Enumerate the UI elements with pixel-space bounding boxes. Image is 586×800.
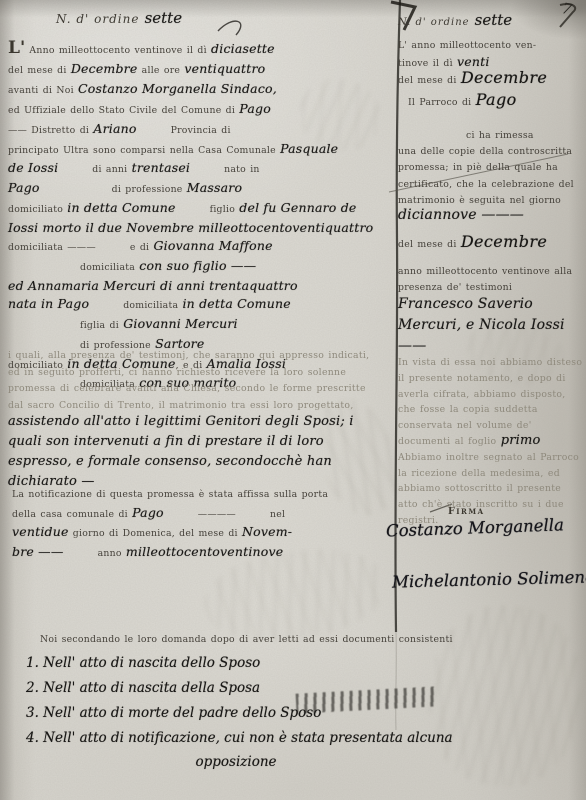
printed-text: di professione (112, 184, 187, 195)
printed-text: del mese di (398, 239, 461, 250)
handwritten-text: ed Annamaria Mercuri di anni trentaquatt… (8, 278, 298, 293)
handwritten-text: nata in Pago (8, 296, 89, 311)
document-list-item: 4. Nell' atto di notificazione, cui non … (26, 729, 566, 748)
printed-text: ed Uffiziale dello Stato Civile del Comu… (8, 105, 239, 116)
handwritten-text: diciannove ——— (398, 207, 524, 223)
printed-text: Anno milleottocento ventinove il dì (25, 45, 211, 56)
order-number-handwritten: sette (475, 11, 513, 29)
handwritten-text: con suo figlio —— (139, 258, 256, 273)
order-label: N. d' ordine (56, 12, 139, 26)
firma-label: Firma (448, 506, 485, 517)
handwritten-text: in detta Comune (182, 296, 290, 311)
documents-list: 1. Nell' atto di nascita dello Sposo 2. … (26, 654, 566, 770)
printed-text: domiciliata (80, 262, 139, 273)
printed-text: i quali, alla presenza de' testimonj, ch… (8, 350, 369, 411)
printed-text: di anni (92, 164, 131, 175)
printed-text: Provincia di (171, 125, 231, 136)
handwritten-text: Pago (476, 90, 517, 109)
printed-text: domiciliata (123, 300, 182, 311)
handwritten-text: in detta Comune (67, 200, 175, 215)
printed-text: ci ha rimessa (466, 130, 534, 141)
remittance-paragraph: ci ha rimessauna delle copie della contr… (398, 126, 584, 222)
closing-paragraph: In vista di essa noi abbiamo disteso il … (398, 354, 584, 528)
notification-paragraph: La notificazione di questa promessa è st… (12, 484, 382, 562)
printed-text: domiciliato (8, 204, 67, 215)
witnesses-paragraph: anno milleottocento ventinove alla prese… (398, 262, 584, 357)
handwritten-text: Decembre (461, 232, 547, 251)
printed-text: e di (130, 242, 154, 253)
document-list-item-continuation: opposizione (26, 754, 446, 770)
printed-text: ———— (198, 509, 236, 520)
handwritten-text: primo (501, 433, 541, 448)
annotation-date-paragraph: L' anno milleottocento ven-tinove il dì … (398, 36, 582, 89)
handwritten-text: Pago (239, 101, 271, 116)
handwritten-text: Pago (8, 180, 40, 195)
handwritten-text: Francesco Saverio Mercuri, e Nicola Ioss… (398, 296, 565, 354)
handwritten-text: bre —— (12, 544, 64, 559)
printed-text: alle ore (137, 65, 184, 76)
document-list-item: 1. Nell' atto di nascita dello Sposo (26, 654, 566, 673)
document-list-item: 3. Nell' atto di morte del padre dello S… (26, 704, 566, 723)
right-order-header: N. d' ordine sette (398, 10, 580, 29)
handwritten-text: Iossi morto il due Novembre milleottocen… (8, 220, 373, 235)
printed-text: figlio (210, 204, 240, 215)
handwritten-text: ventidue (12, 524, 69, 539)
handwritten-text: de Iossi (8, 160, 58, 175)
handwritten-text: Novem- (242, 524, 292, 539)
handwritten-text: del fu Gennaro de (239, 200, 356, 215)
printed-text: anno milleottocento ventinove alla prese… (398, 266, 572, 293)
handwritten-text: milleottocentoventinove (126, 544, 284, 559)
printed-text: della casa comunale di (12, 509, 132, 520)
promise-request-paragraph: i quali, alla presenza de' testimonj, ch… (8, 346, 384, 492)
printed-text: La notificazione di questa promessa è st… (12, 489, 328, 500)
printed-text: nel (270, 509, 285, 520)
document-list-item: 2. Nell' atto di nascita della Sposa (26, 679, 566, 698)
printed-text: del mese di (398, 75, 461, 86)
month-line: del mese di Decembre (398, 234, 584, 253)
printed-text: In vista di essa noi abbiamo disteso il … (398, 357, 582, 447)
second-signature: Michelantonio Solimene (392, 567, 586, 591)
printed-text: Il Parroco di (408, 97, 476, 108)
order-label: N. d' ordine (398, 17, 470, 28)
handwritten-text: assistendo all'atto i legittimi Genitori… (8, 414, 354, 489)
handwritten-text: Massaro (187, 180, 242, 195)
printed-text: anno (98, 548, 126, 559)
left-order-header: N. d' ordine sette (56, 8, 316, 27)
handwritten-text: Pasquale (280, 141, 338, 156)
printed-text: figlia di (80, 320, 123, 331)
handwritten-text: ventiquattro (184, 61, 265, 76)
printed-text: —— Distretto di (8, 125, 93, 136)
parish-priest-line: Il Parroco di Pago (408, 92, 584, 111)
printed-text: tinove il dì (398, 58, 457, 69)
printed-text: giorno di Domenica, del mese di (69, 528, 242, 539)
printed-text: L' anno milleottocento ven- (398, 40, 536, 51)
handwritten-text: trentasei (132, 160, 191, 175)
printed-text: avanti di Noi (8, 85, 78, 96)
printed-text: una delle copie della controscritta prom… (398, 146, 574, 206)
handwritten-text: diciasette (211, 41, 275, 56)
promise-opening-paragraph: L' Anno milleottocento ventinove il dì d… (8, 40, 384, 394)
handwritten-text: Giovanna Maffone (153, 238, 272, 253)
handwritten-text: Costanzo Morganella Sindaco, (78, 81, 277, 96)
handwritten-text: Decembre (461, 68, 547, 87)
handwritten-text: Giovanni Mercuri (123, 316, 238, 331)
printed-text: L' (8, 38, 25, 58)
printed-text: domiciliata ——— (8, 242, 96, 253)
printed-text: del mese di (8, 65, 71, 76)
handwritten-text: venti (457, 54, 490, 69)
scanned-civil-record-page: N. d' ordine sette L' Anno milleottocent… (0, 0, 586, 800)
handwritten-text: Pago (132, 505, 164, 520)
printed-text: nato in (224, 164, 260, 175)
documents-intro-line: Noi secondando le loro domanda dopo di a… (40, 634, 580, 645)
handwritten-text: Ariano (93, 121, 136, 136)
printed-text: principato Ultra sono comparsi nella Cas… (8, 145, 280, 156)
order-number-handwritten: sette (145, 9, 183, 27)
handwritten-text: Decembre (71, 61, 138, 76)
